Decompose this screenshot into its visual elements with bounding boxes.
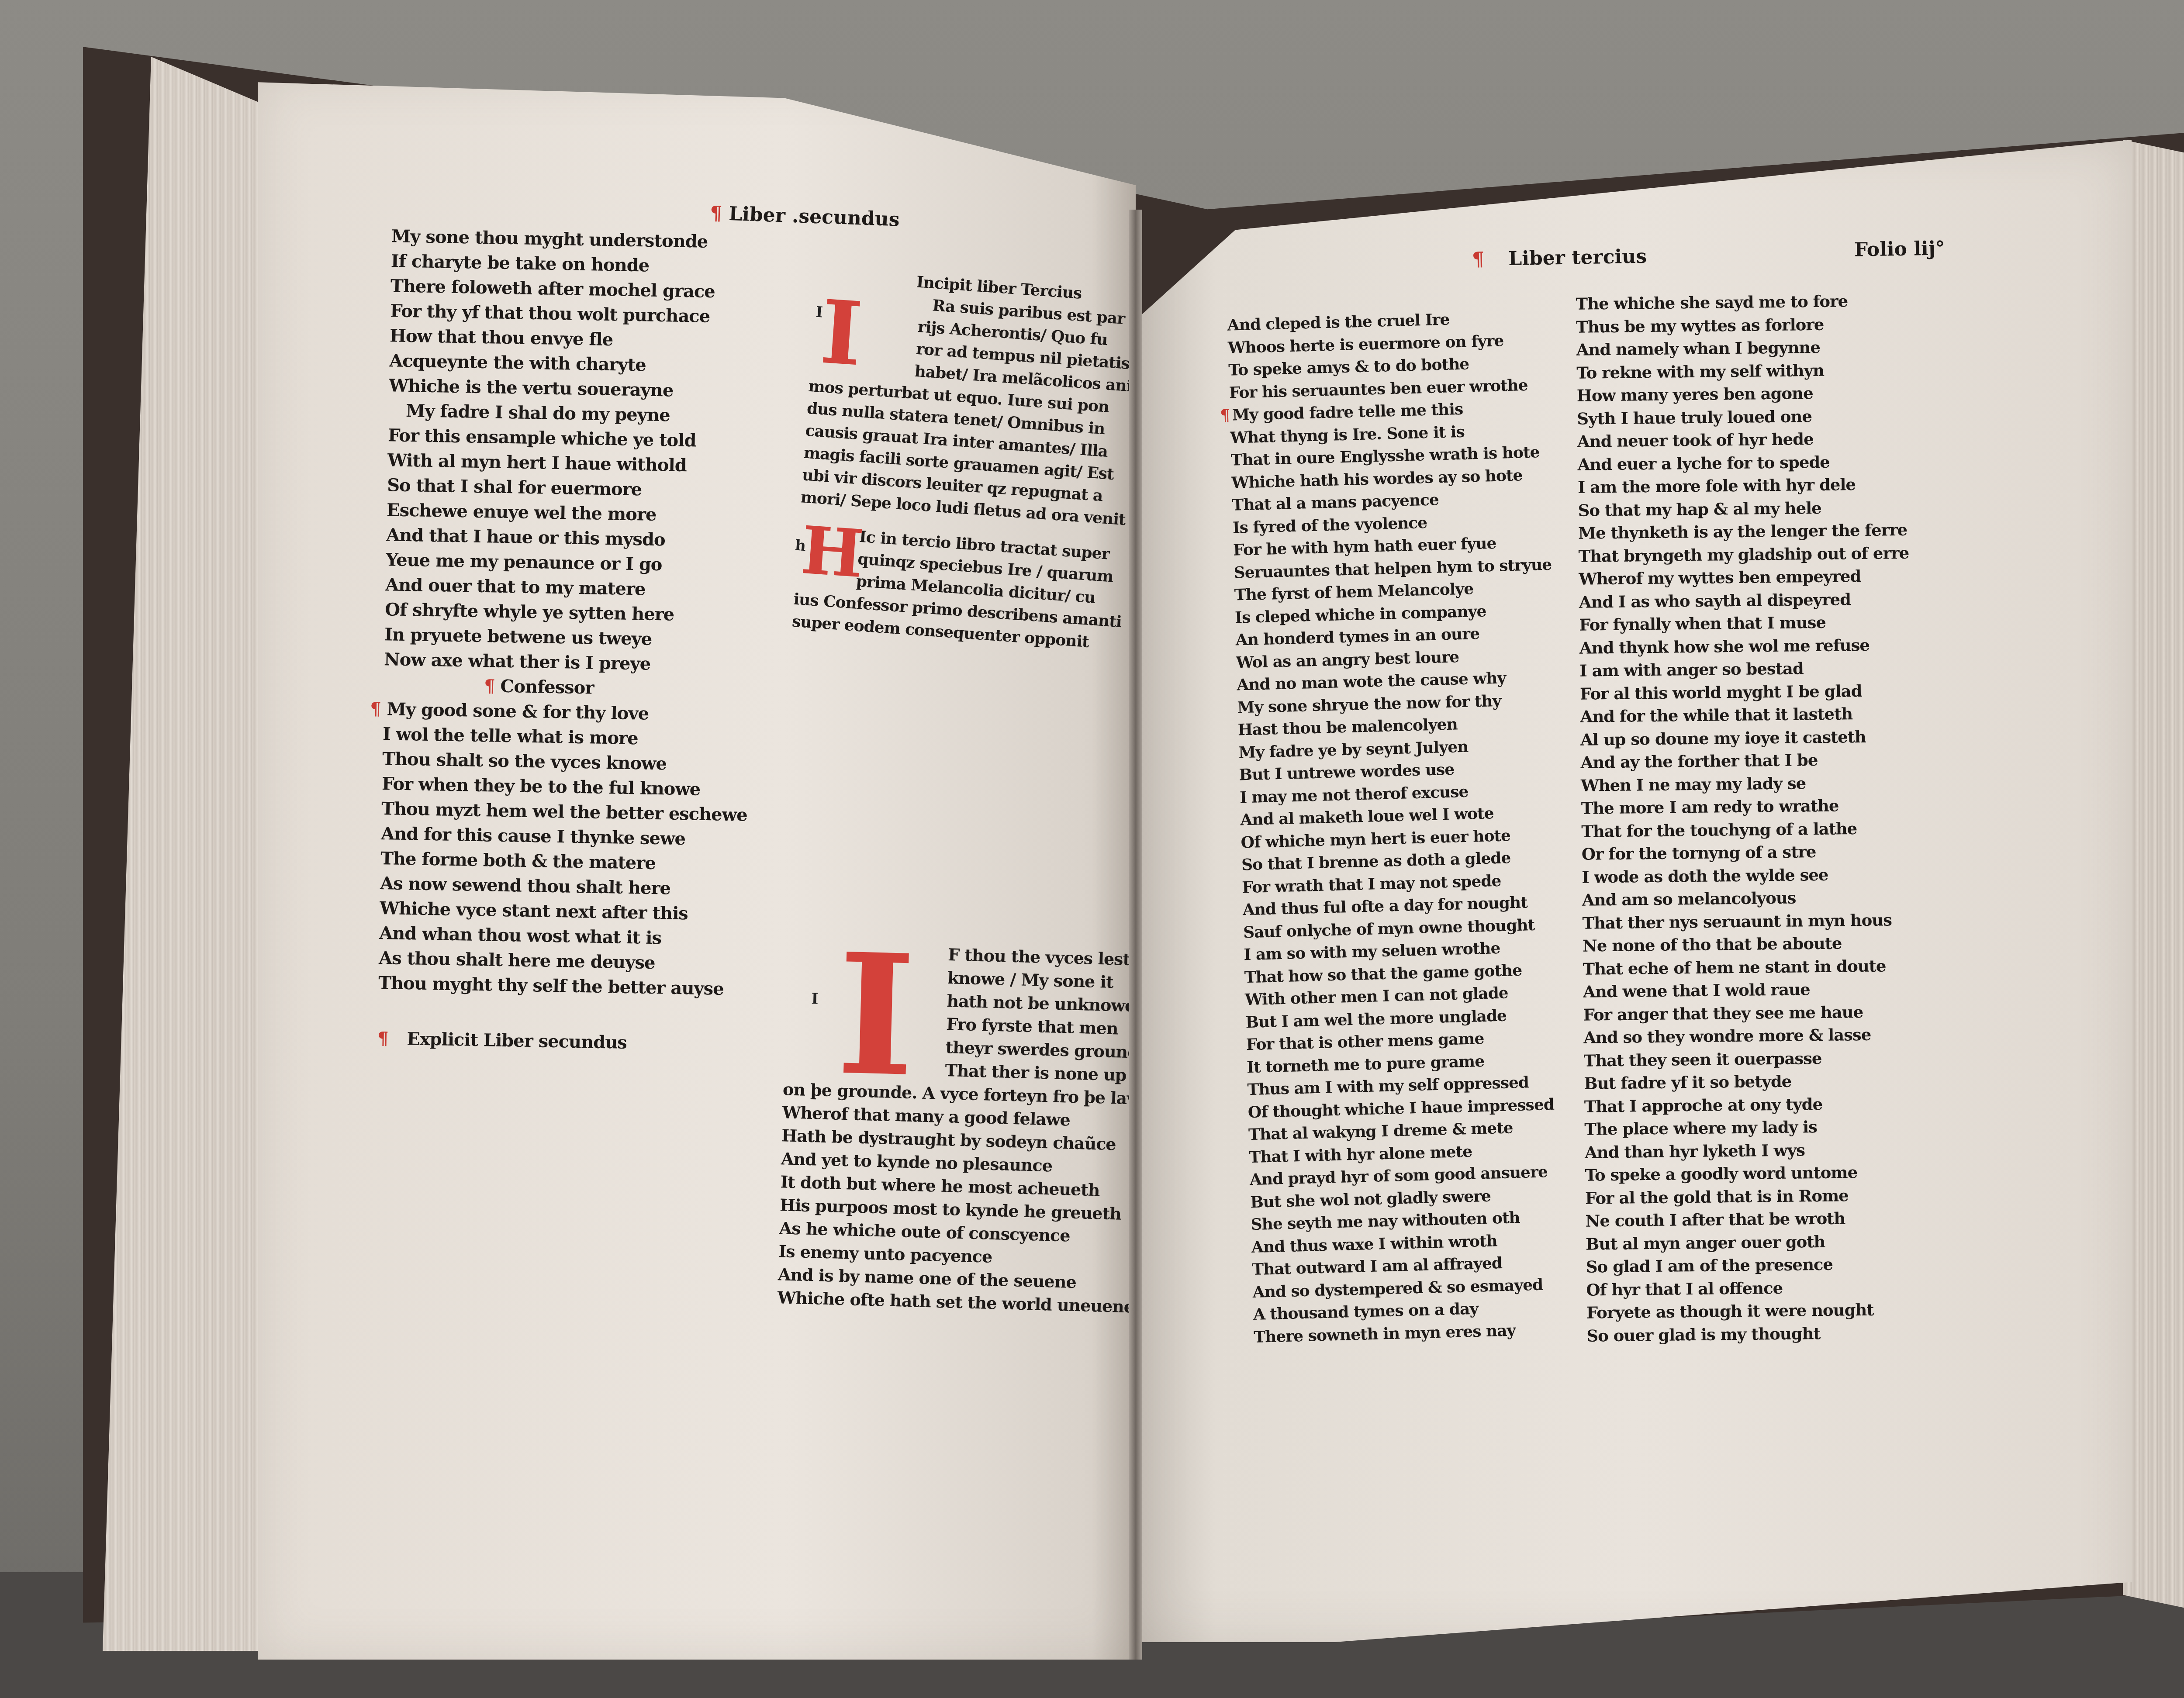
verse-line: For al the gold that is in Rome	[1585, 1183, 1979, 1210]
guide-letter: h	[795, 535, 807, 558]
verse-line: For fynally when that I muse	[1579, 609, 1973, 636]
verse-line: When I ne may my lady se	[1581, 770, 1974, 797]
verse-line: So that my hap & al my hele	[1578, 495, 1971, 522]
red-initial-h: H	[799, 518, 865, 587]
verse-line: Syth I haue truly loued one	[1577, 403, 1970, 430]
verse-line: For al this world myght I be glad	[1580, 678, 1973, 705]
verse-line: And ay the forther that I be	[1580, 747, 1974, 774]
pilcrow-icon: ¶	[1472, 248, 1485, 270]
pilcrow-icon: ¶	[709, 202, 722, 224]
verse-line: And so they wondre more & lasse	[1583, 1022, 1977, 1049]
right-page-block-edge	[2123, 140, 2184, 1625]
verse-line: Wherof my wyttes ben empeyred	[1579, 563, 1972, 590]
right-page-column-2: The whiche she sayd me to fore Thus be m…	[1576, 288, 1980, 1347]
verse-line: For anger that they see me haue	[1583, 999, 1977, 1026]
pilcrow-icon: ¶	[370, 699, 381, 719]
verse-line: So glad I am of the presence	[1586, 1251, 1979, 1278]
verse-line: Ne none of tho that be aboute	[1583, 930, 1976, 957]
verse-line: I am the more fole with hyr dele	[1578, 472, 1971, 499]
verse-line: That bryngeth my gladship out of erre	[1578, 541, 1972, 568]
verse-line: I wode as doth the wylde see	[1582, 862, 1975, 889]
left-page-column-2-verse: I I F thou the vyces lest knowe / My son…	[777, 939, 1145, 1318]
folio-number: Folio lij°	[1854, 237, 1945, 261]
verse-block-a: My sone thou myght understonde If charyt…	[384, 224, 785, 679]
left-page-column-2-latin: Incipit liber Tercius I I Ra suis paribu…	[791, 264, 1148, 656]
verse-line: To rekne with my self withyn	[1576, 357, 1970, 384]
verse-line: And wene that I wold raue	[1583, 976, 1977, 1003]
verse-line: And euer a lyche for to spede	[1577, 449, 1971, 476]
verse-line: And thynk how she wol me refuse	[1579, 632, 1973, 659]
verse-line: That eche of hem ne stant in doute	[1583, 953, 1976, 980]
pilcrow-icon: ¶	[1220, 406, 1230, 425]
verse-line: Or for the tornyng of a stre	[1582, 839, 1975, 866]
verse-line: I am with anger so bestad	[1579, 655, 1973, 682]
red-initial-i-large: I	[835, 932, 917, 1100]
verse-block-b: ¶My good sone & for thy love I wol the t…	[378, 697, 777, 1002]
verse-line: And for the while that it lasteth	[1580, 701, 1973, 728]
verse-line: Me thynketh is ay the lenger the ferre	[1578, 518, 1972, 545]
verse-line: But al myn anger ouer goth	[1586, 1229, 1979, 1256]
verse-line: So ouer glad is my thought	[1586, 1320, 1980, 1347]
right-running-head: ¶ Liber tercius	[1472, 245, 1647, 271]
book-gutter	[1129, 210, 1142, 1660]
verse-line: The more I am redy to wrathe	[1581, 793, 1974, 820]
left-page-column-1: My sone thou myght understonde If charyt…	[377, 224, 785, 1057]
pilcrow-icon: ¶	[484, 676, 495, 696]
verse-line: The whiche she sayd me to fore	[1576, 288, 1969, 315]
latin-gloss: H h Ic in tercio libro tractat super qui…	[791, 521, 1130, 656]
verse-line: Al up so doune my ioye it casteth	[1580, 724, 1974, 751]
verse-line: Foryete as though it were nought	[1586, 1297, 1980, 1324]
verse-line: How many yeres ben agone	[1577, 380, 1970, 407]
red-initial-i: I	[818, 289, 865, 379]
verse-line: Of hyr that I al offence	[1586, 1274, 1980, 1301]
verse-line: And I as who sayth al dispeyred	[1579, 587, 1973, 614]
verse-line: The place where my lady is	[1584, 1114, 1978, 1141]
guide-letter: I	[811, 987, 819, 1011]
verse-line: And am so melancolyous	[1582, 884, 1976, 911]
verse-line: Ne couth I after that be wroth	[1585, 1205, 1979, 1232]
verse-line: That for the touchyng of a lathe	[1581, 816, 1975, 843]
verse-line: And neuer took of hyr hede	[1577, 426, 1971, 453]
verse-line: And than hyr lyketh I wys	[1585, 1137, 1978, 1164]
verse-line: And namely whan I begynne	[1576, 334, 1970, 361]
verse-line: To speke a goodly word untome	[1585, 1160, 1978, 1187]
verse-line: Thus be my wyttes as forlore	[1576, 311, 1970, 338]
verse-line: That they seen it ouerpasse	[1584, 1045, 1977, 1072]
verse-line: But fadre yf it so betyde	[1584, 1068, 1977, 1095]
verse-line: That I approche at ony tyde	[1584, 1091, 1978, 1118]
verse-line: That ther nys seruaunt in myn hous	[1582, 908, 1976, 935]
pilcrow-icon: ¶	[377, 1028, 388, 1049]
right-page-column-1: And cleped is the cruel Ire Whoos herte …	[1227, 306, 1569, 1349]
